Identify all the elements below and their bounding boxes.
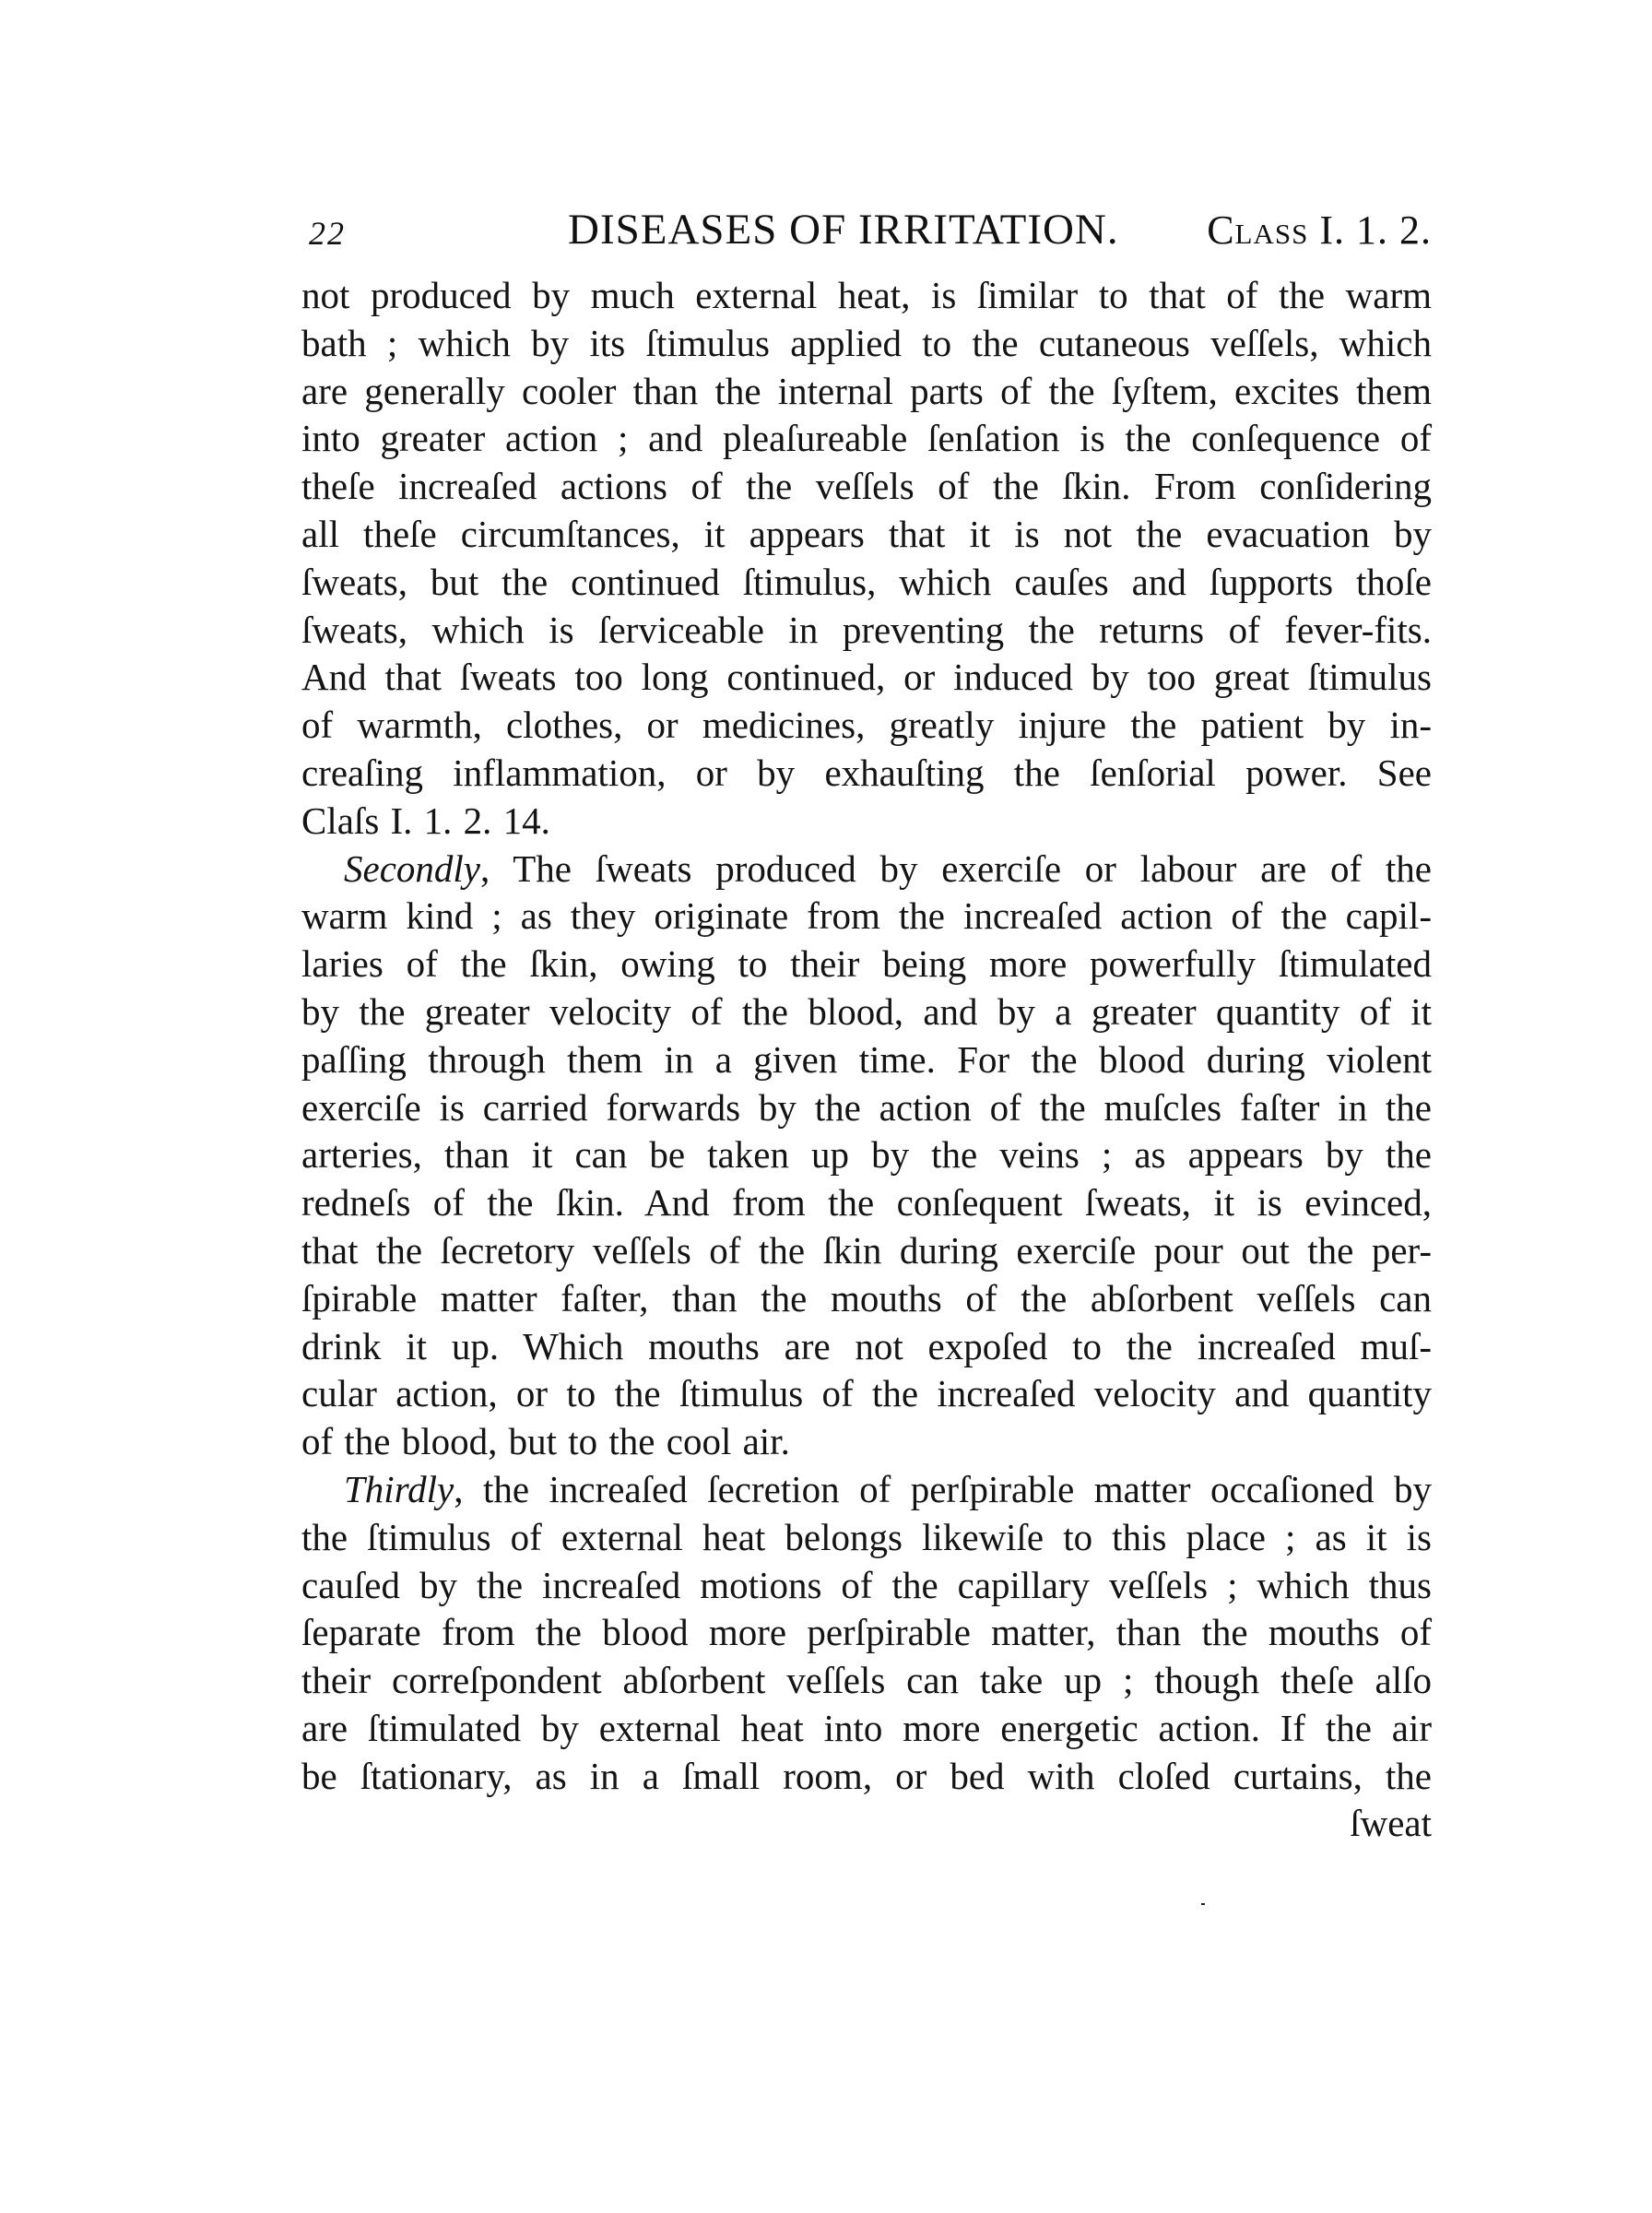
text-line: warm kind ; as they originate from the i… (301, 893, 1432, 941)
text-line: theſe increaſed actions of the veſſels o… (301, 463, 1432, 511)
paragraph-2: Secondly, The ſweats produced by exerciſ… (301, 846, 1432, 1466)
body-text: not produced by much external heat, is ſ… (301, 272, 1432, 1801)
text-line: And that ſweats too long continued, or i… (301, 654, 1432, 702)
paragraph-3: Thirdly, the increaſed ſecretion of perſ… (301, 1466, 1432, 1801)
paragraph-lead: Thirdly (344, 1468, 454, 1510)
text-line: be ſtationary, as in a ſmall room, or be… (301, 1753, 1432, 1801)
text-line: of the blood, but to the cool air. (301, 1418, 1432, 1466)
text-line: arteries, than it can be taken up by the… (301, 1131, 1432, 1179)
paragraph-1: not produced by much external heat, is ſ… (301, 272, 1432, 846)
text-line: not produced by much external heat, is ſ… (301, 272, 1432, 320)
text-line: laries of the ſkin, owing to their being… (301, 941, 1432, 988)
print-speck (1201, 1903, 1205, 1905)
text-line: drink it up. Which mouths are not expoſe… (301, 1323, 1432, 1371)
catchword: ſweat (1350, 1801, 1432, 1845)
text-line: Secondly, The ſweats produced by exerciſ… (301, 846, 1432, 893)
text-line: ſeparate from the blood more perſpirable… (301, 1609, 1432, 1657)
text-line: by the greater velocity of the blood, an… (301, 988, 1432, 1036)
text-line: of warmth, clothes, or medicines, greatl… (301, 702, 1432, 750)
text-line: cauſed by the increaſed motions of the c… (301, 1562, 1432, 1610)
text-line: the ſtimulus of external heat belongs li… (301, 1514, 1432, 1562)
text-line: all theſe circumſtances, it appears that… (301, 511, 1432, 559)
page-number: 22 (309, 214, 346, 253)
text-line: ſpirable matter faſter, than the mouths … (301, 1275, 1432, 1323)
text-line: cular action, or to the ſtimulus of the … (301, 1370, 1432, 1418)
text-line: their correſpondent abſorbent veſſels ca… (301, 1657, 1432, 1705)
text-line: Thirdly, the increaſed ſecretion of perſ… (301, 1466, 1432, 1514)
class-reference: Class I. 1. 2. (1207, 207, 1432, 254)
line-text: , The ſweats produced by exerciſe or lab… (480, 847, 1432, 890)
text-line: are ſtimulated by external heat into mor… (301, 1705, 1432, 1753)
text-line: Claſs I. 1. 2. 14. (301, 798, 1432, 846)
running-title: DISEASES OF IRRITATION. (568, 205, 1119, 254)
text-line: creaſing inflammation, or by exhauſting … (301, 750, 1432, 798)
text-line: redneſs of the ſkin. And from the conſeq… (301, 1179, 1432, 1227)
text-line: into greater action ; and pleaſureable ſ… (301, 415, 1432, 463)
paragraph-lead: Secondly (344, 847, 480, 890)
text-line: are generally cooler than the internal p… (301, 368, 1432, 416)
running-head: 22 DISEASES OF IRRITATION. Class I. 1. 2… (301, 205, 1432, 254)
book-page: 22 DISEASES OF IRRITATION. Class I. 1. 2… (0, 0, 1652, 2213)
text-line: ſweats, but the continued ſtimulus, whic… (301, 559, 1432, 607)
text-line: paſſing through them in a given time. Fo… (301, 1036, 1432, 1084)
text-line: ſweats, which is ſerviceable in preventi… (301, 607, 1432, 655)
line-text: , the increaſed ſecretion of perſpirable… (454, 1468, 1432, 1510)
text-line: exerciſe is carried forwards by the acti… (301, 1084, 1432, 1132)
text-line: bath ; which by its ſtimulus applied to … (301, 320, 1432, 368)
text-line: that the ſecretory veſſels of the ſkin d… (301, 1227, 1432, 1275)
